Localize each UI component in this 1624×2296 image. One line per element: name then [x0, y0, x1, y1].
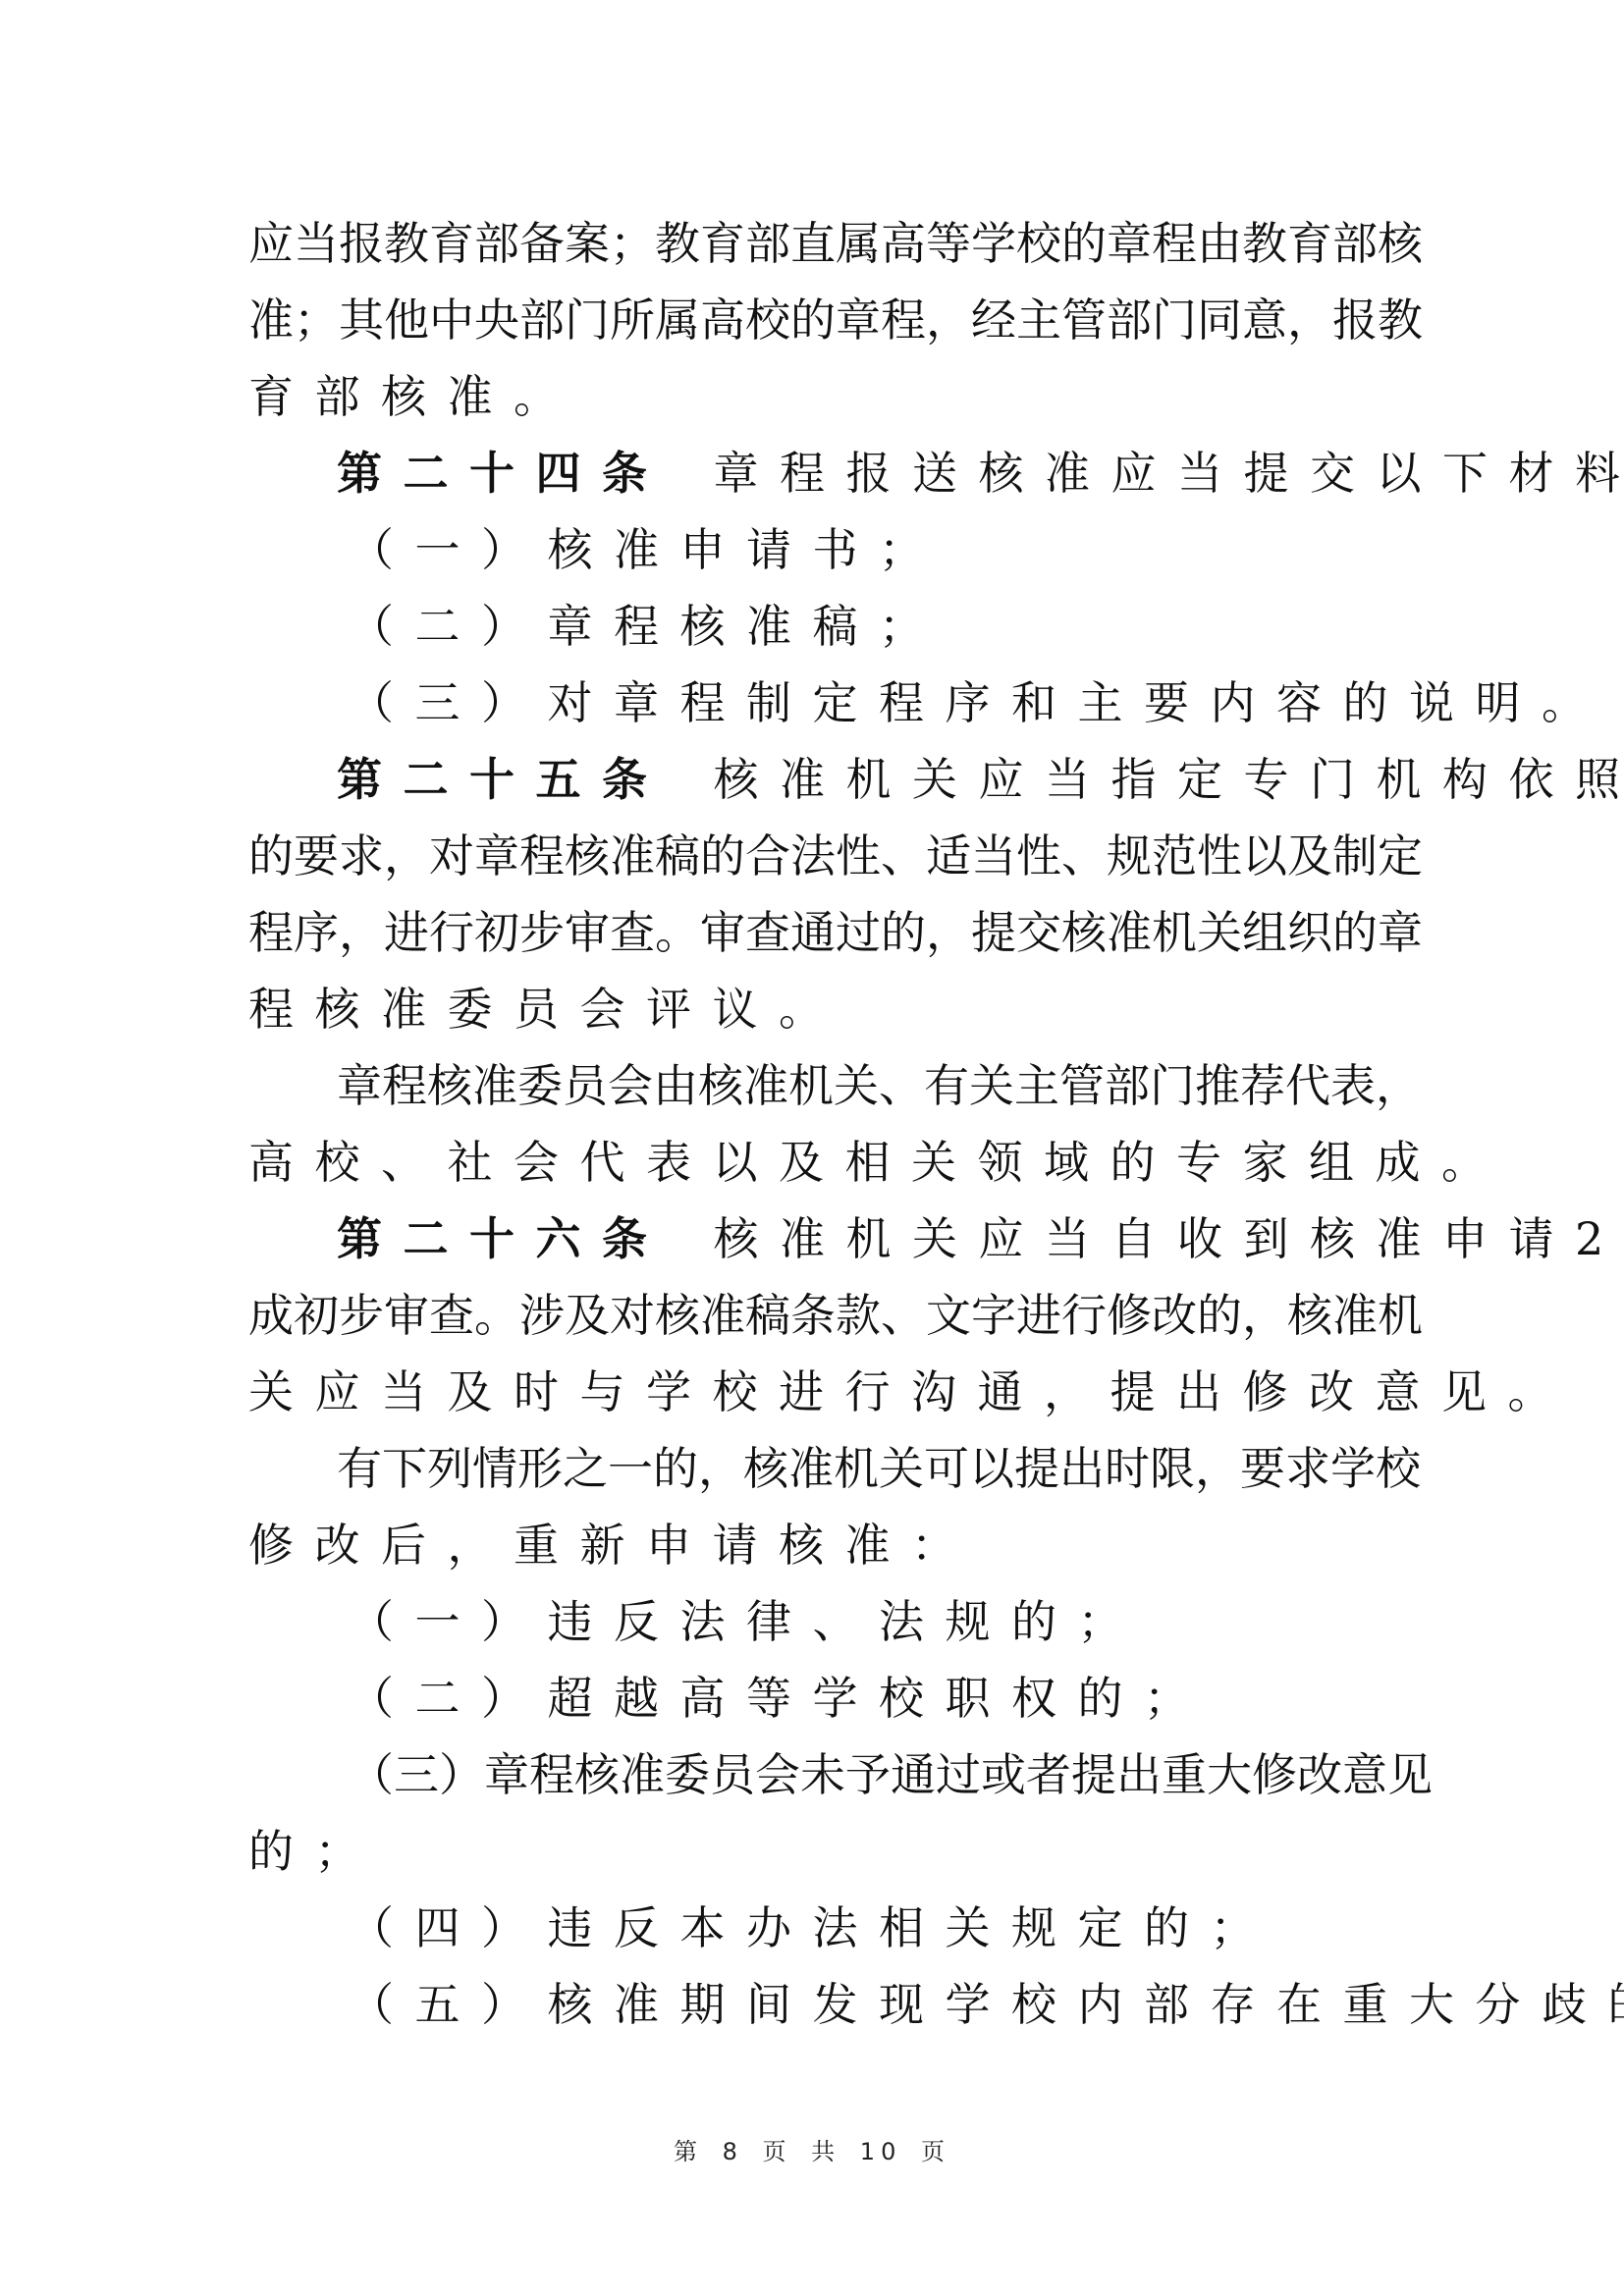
article-24: 第二十四条章程报送核准应当提交以下材料： [337, 444, 1380, 503]
list-item: （一）核准申请书； [349, 520, 1480, 579]
article-25: 第二十五条核准机关应当指定专门机构依照本办法 [337, 750, 1380, 809]
page-number-footer: 第 8 页 共 10 页 [0, 2132, 1624, 2166]
article-number: 第二十四条 [337, 447, 669, 500]
article-number: 第二十五条 [337, 753, 669, 806]
list-item-continuation: 的； [248, 1822, 1380, 1881]
list-item: （四）违反本办法相关规定的； [349, 1898, 1480, 1957]
body-line: 高校、社会代表以及相关领域的专家组成。 [248, 1133, 1380, 1192]
body-line: 准；其他中央部门所属高校的章程，经主管部门同意，报教 [248, 291, 1380, 349]
document-page: 应当报教育部备案；教育部直属高等学校的章程由教育部核 准；其他中央部门所属高校的… [0, 0, 1624, 2296]
body-line: 章程核准委员会由核准机关、有关主管部门推荐代表， [337, 1056, 1380, 1115]
list-item: （五）核准期间发现学校内部存在重大分歧的； [349, 1975, 1480, 2034]
body-line: 程核准委员会评议。 [248, 980, 1380, 1039]
list-item: （三）对章程制定程序和主要内容的说明。 [349, 673, 1480, 732]
body-line: 的要求，对章程核准稿的合法性、适当性、规范性以及制定 [248, 827, 1380, 885]
article-number: 第二十六条 [337, 1212, 669, 1265]
body-line: 成初步审查。涉及对核准稿条款、文字进行修改的，核准机 [248, 1286, 1380, 1345]
list-item: （一）违反法律、法规的； [349, 1592, 1480, 1651]
body-line: 应当报教育部备案；教育部直属高等学校的章程由教育部核 [248, 214, 1380, 273]
article-26: 第二十六条核准机关应当自收到核准申请2个月内完 [337, 1209, 1380, 1268]
body-line: 有下列情形之一的，核准机关可以提出时限，要求学校 [337, 1439, 1380, 1498]
article-text: 核准机关应当自收到核准申请2个月内完 [714, 1212, 1624, 1265]
list-item: （二）章程核准稿； [349, 597, 1480, 656]
article-text: 章程报送核准应当提交以下材料： [714, 447, 1624, 500]
article-text: 核准机关应当指定专门机构依照本办法 [714, 753, 1624, 806]
body-line: 程序，进行初步审查。审查通过的，提交核准机关组织的章 [248, 903, 1380, 962]
body-line: 修改后，重新申请核准： [248, 1516, 1380, 1575]
list-item: （二）超越高等学校职权的； [349, 1669, 1480, 1728]
body-line: 关应当及时与学校进行沟通，提出修改意见。 [248, 1362, 1380, 1421]
body-line: 育部核准。 [248, 367, 1380, 426]
list-item: （三）章程核准委员会未予通过或者提出重大修改意见 [349, 1745, 1380, 1804]
